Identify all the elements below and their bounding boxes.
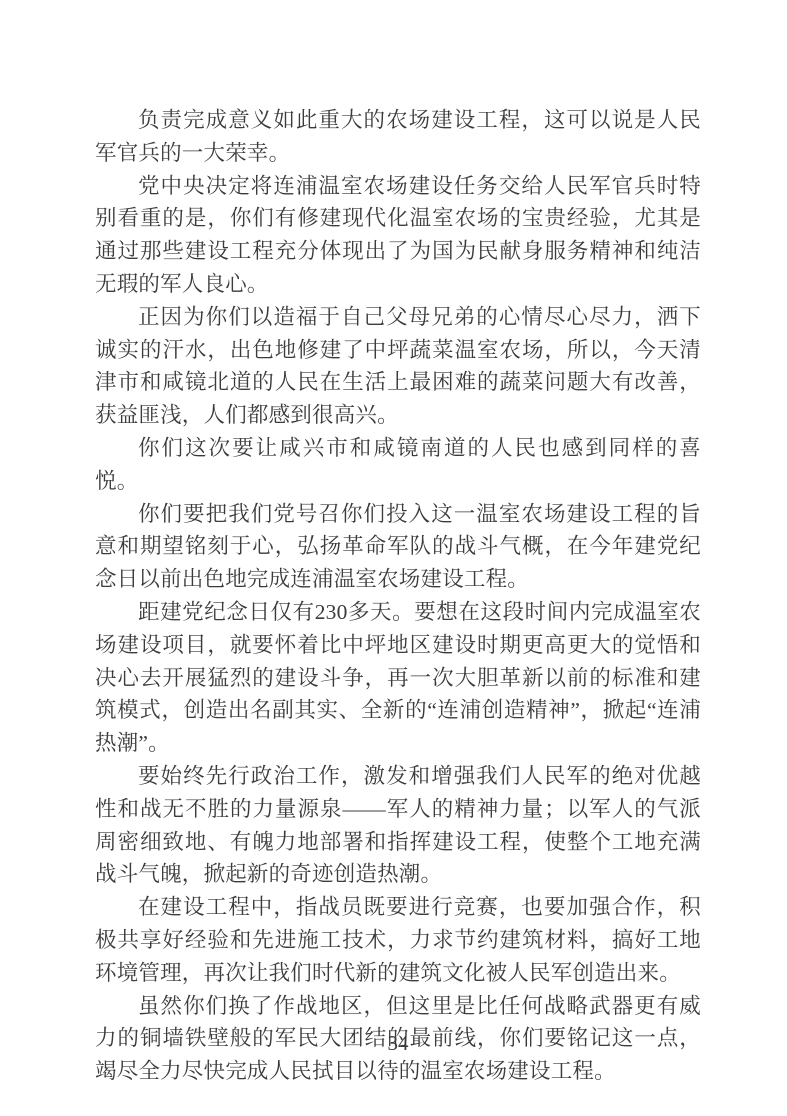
paragraph: 你们这次要让咸兴市和咸镜南道的人民也感到同样的喜悦。 (95, 432, 701, 498)
document-page: 负责完成意义如此重大的农场建设工程，这可以说是人民军官兵的一大荣幸。 党中央决定… (0, 0, 787, 1116)
paragraph: 你们要把我们党号召你们投入这一温室农场建设工程的旨意和期望铭刻于心，弘扬革命军队… (95, 498, 701, 596)
paragraph: 负责完成意义如此重大的农场建设工程，这可以说是人民军官兵的一大荣幸。 (95, 104, 701, 170)
page-body: 负责完成意义如此重大的农场建设工程，这可以说是人民军官兵的一大荣幸。 党中央决定… (95, 104, 701, 1088)
paragraph: 距建党纪念日仅有230多天。要想在这段时间内完成温室农场建设项目，就要怀着比中坪… (95, 596, 701, 760)
paragraph: 正因为你们以造福于自己父母兄弟的心情尽心尽力，洒下诚实的汗水，出色地修建了中坪蔬… (95, 301, 701, 432)
paragraph: 在建设工程中，指战员既要进行竞赛，也要加强合作，积极共享好经验和先进施工技术，力… (95, 891, 701, 989)
page-number: 34 (95, 1028, 701, 1058)
paragraph: 党中央决定将连浦温室农场建设任务交给人民军官兵时特别看重的是，你们有修建现代化温… (95, 170, 701, 301)
paragraph: 要始终先行政治工作，激发和增强我们人民军的绝对优越性和战无不胜的力量源泉——军人… (95, 760, 701, 891)
